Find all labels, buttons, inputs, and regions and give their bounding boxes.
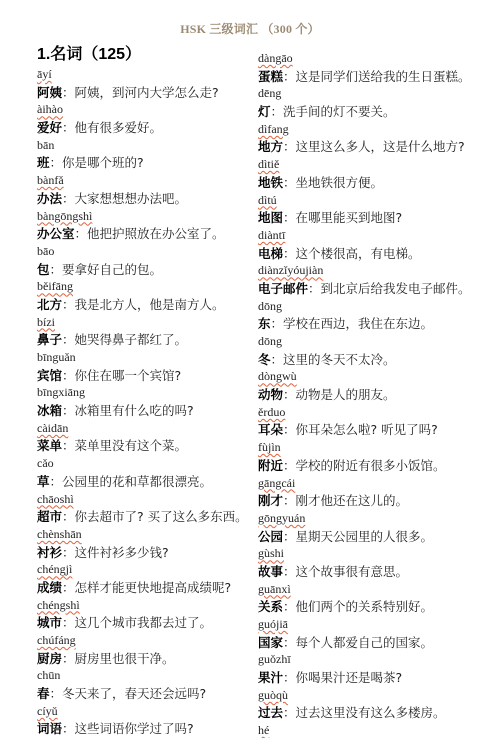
pinyin-text: bān bbox=[37, 137, 54, 155]
pinyin-text: dōng bbox=[258, 298, 282, 316]
pinyin-text: dōng bbox=[258, 333, 282, 351]
example-line: 北方：我是北方人，他是南方人。 bbox=[37, 296, 252, 314]
example-line: 春：冬天来了，春天还会远吗? bbox=[37, 685, 252, 703]
vocab-entry: gāngcái刚才：刚才他还在这儿的。 bbox=[258, 475, 498, 510]
pinyin: dìtiě bbox=[258, 156, 498, 174]
example-line: 蛋糕：这是同学们送给我的生日蛋糕。 bbox=[258, 68, 498, 86]
example-sentence: ：厨房里也很干净。 bbox=[62, 651, 175, 666]
pinyin: guānxì bbox=[258, 581, 498, 599]
vocab-entry: chāoshì超市：你去超市了? 买了这么多东西。 bbox=[37, 491, 252, 526]
vocab-word: 动物 bbox=[258, 387, 283, 402]
vocab-entry: bīngxiāng冰箱：冰箱里有什么吃的吗? bbox=[37, 384, 252, 419]
pinyin-text: bāo bbox=[37, 243, 54, 261]
example-line: 超市：你去超市了? 买了这么多东西。 bbox=[37, 508, 252, 526]
example-line: 果汁：你喝果汁还是喝茶? bbox=[258, 669, 498, 687]
example-sentence: ：星期天公园里的人很多。 bbox=[283, 529, 433, 544]
example-line: 故事：这个故事很有意思。 bbox=[258, 563, 498, 581]
example-sentence: ：在哪里能买到地图? bbox=[283, 210, 402, 225]
vocab-entry: cíyǔ词语：这些词语你学过了吗? bbox=[37, 703, 252, 738]
pinyin-text-spellcheck-flagged: diànzǐyóujiàn bbox=[258, 262, 323, 280]
example-line: 国家：每个人都爱自己的国家。 bbox=[258, 634, 498, 652]
pinyin: cíyǔ bbox=[37, 703, 252, 721]
vocab-entry: běifāng北方：我是北方人，他是南方人。 bbox=[37, 278, 252, 313]
vocab-word: 超市 bbox=[37, 509, 62, 524]
pinyin: chāoshì bbox=[37, 491, 252, 509]
vocab-entry: chéngshì城市：这几个城市我都去过了。 bbox=[37, 597, 252, 632]
example-sentence: ：过去这里没有这么多楼房。 bbox=[283, 705, 446, 720]
vocab-word: 地图 bbox=[258, 210, 283, 225]
pinyin-text-spellcheck-flagged: cíyǔ bbox=[37, 703, 58, 721]
example-sentence: ：冬天来了，春天还会远吗? bbox=[50, 686, 207, 701]
vocab-entry: càidān菜单：菜单里没有这个菜。 bbox=[37, 420, 252, 455]
vocab-word: 春 bbox=[37, 686, 50, 701]
pinyin-text-spellcheck-flagged: chúfáng bbox=[37, 632, 76, 650]
example-line: 刚才：刚才他还在这儿的。 bbox=[258, 492, 498, 510]
vocab-entry: guójiā国家：每个人都爱自己的国家。 bbox=[258, 616, 498, 651]
pinyin-text-spellcheck-flagged: fùjìn bbox=[258, 439, 281, 457]
vocab-entry: gùshi故事：这个故事很有意思。 bbox=[258, 545, 498, 580]
vocab-word: 电子邮件 bbox=[258, 281, 308, 296]
example-line: 班：你是哪个班的? bbox=[37, 154, 252, 172]
vocab-word: 冬 bbox=[258, 352, 271, 367]
example-line: 办法：大家想想想办法吧。 bbox=[37, 190, 252, 208]
pinyin-text-spellcheck-flagged: bàngōngshì bbox=[37, 208, 92, 226]
vocab-word: 城市 bbox=[37, 615, 62, 630]
example-line: 成绩：怎样才能更快地提高成绩呢? bbox=[37, 579, 252, 597]
example-sentence: ：大家想想想办法吧。 bbox=[62, 191, 187, 206]
vocab-entry: dàngāo蛋糕：这是同学们送给我的生日蛋糕。 bbox=[258, 50, 498, 85]
vocab-word: 成绩 bbox=[37, 580, 62, 595]
pinyin-text: dēng bbox=[258, 85, 281, 103]
vocab-entry: ěrduo耳朵：你耳朵怎么啦? 听见了吗? bbox=[258, 404, 498, 439]
example-line: 城市：这几个城市我都去过了。 bbox=[37, 614, 252, 632]
pinyin: āyí bbox=[37, 66, 252, 84]
vocab-word: 故事 bbox=[258, 564, 283, 579]
vocab-word: 办公室 bbox=[37, 226, 75, 241]
vocab-entry: chènshān衬衫：这件衬衫多少钱? bbox=[37, 526, 252, 561]
example-line: 爱好：他有很多爱好。 bbox=[37, 119, 252, 137]
vocab-entry: dìtú地图：在哪里能买到地图? bbox=[258, 192, 498, 227]
example-sentence: ：你喝果汁还是喝茶? bbox=[283, 670, 402, 685]
example-line: 冬：这里的冬天不太冷。 bbox=[258, 351, 498, 369]
pinyin-text-spellcheck-flagged: guòqù bbox=[258, 687, 288, 705]
document-header: HSK 三级词汇 （300 个） bbox=[0, 20, 500, 37]
vocab-word: 阿姨 bbox=[37, 85, 62, 100]
vocab-entry: dōng东：学校在西边，我住在东边。 bbox=[258, 298, 498, 333]
example-sentence: ：要拿好自己的包。 bbox=[50, 262, 163, 277]
pinyin: chéngshì bbox=[37, 597, 252, 615]
pinyin-text-spellcheck-flagged: dòngwù bbox=[258, 368, 297, 386]
example-line: 包：要拿好自己的包。 bbox=[37, 261, 252, 279]
example-sentence: ：动物是人的朋友。 bbox=[283, 387, 396, 402]
example-line: 地铁：坐地铁很方便。 bbox=[258, 174, 498, 192]
example-sentence: ：这件衬衫多少钱? bbox=[62, 545, 169, 560]
pinyin: gāngcái bbox=[258, 475, 498, 493]
pinyin-text: cǎo bbox=[37, 455, 54, 473]
vocab-word: 草 bbox=[37, 474, 50, 489]
example-sentence: ：他把护照放在办公室了。 bbox=[75, 226, 225, 241]
example-line: 宾馆：你住在哪一个宾馆? bbox=[37, 367, 252, 385]
pinyin-text-spellcheck-flagged: ěrduo bbox=[258, 404, 285, 422]
vocab-entry: dōng冬：这里的冬天不太冷。 bbox=[258, 333, 498, 368]
pinyin: chúfáng bbox=[37, 632, 252, 650]
pinyin: fùjìn bbox=[258, 439, 498, 457]
pinyin-text-spellcheck-flagged: bànfǎ bbox=[37, 172, 64, 190]
pinyin-text-spellcheck-flagged: hé bbox=[258, 722, 269, 738]
pinyin: diànzǐyóujiàn bbox=[258, 262, 498, 280]
vocab-entry: guǒzhī果汁：你喝果汁还是喝茶? bbox=[258, 651, 498, 686]
example-sentence: ：菜单里没有这个菜。 bbox=[62, 438, 187, 453]
vocab-word: 班 bbox=[37, 155, 50, 170]
example-line: 冰箱：冰箱里有什么吃的吗? bbox=[37, 402, 252, 420]
vocab-entry: dēng灯：洗手间的灯不要关。 bbox=[258, 85, 498, 120]
example-sentence: ：到北京后给我发电子邮件。 bbox=[308, 281, 471, 296]
pinyin-text: bīngxiāng bbox=[37, 384, 85, 402]
pinyin: dōng bbox=[258, 333, 498, 351]
example-line: 关系：他们两个的关系特别好。 bbox=[258, 598, 498, 616]
example-sentence: ：刚才他还在这儿的。 bbox=[283, 493, 408, 508]
pinyin-text: chūn bbox=[37, 667, 60, 685]
pinyin: hé bbox=[258, 722, 498, 738]
left-column: 1.名词（125） āyí阿姨：阿姨，到河内大学怎么走?àihào爱好：他有很多… bbox=[37, 44, 252, 738]
example-sentence: ：公园里的花和草都很漂亮。 bbox=[50, 474, 213, 489]
pinyin: guòqù bbox=[258, 687, 498, 705]
vocab-entry: chūn春：冬天来了，春天还会远吗? bbox=[37, 667, 252, 702]
example-sentence: ：坐地铁很方便。 bbox=[283, 175, 383, 190]
vocab-entry: dòngwù动物：动物是人的朋友。 bbox=[258, 368, 498, 403]
vocab-entry: chéngjì成绩：怎样才能更快地提高成绩呢? bbox=[37, 561, 252, 596]
vocab-entry: hé bbox=[258, 722, 498, 738]
vocab-word: 宾馆 bbox=[37, 368, 62, 383]
vocab-word: 过去 bbox=[258, 705, 283, 720]
example-sentence: ：你耳朵怎么啦? 听见了吗? bbox=[283, 422, 438, 437]
vocab-entry: bàngōngshì办公室：他把护照放在办公室了。 bbox=[37, 208, 252, 243]
vocab-entry: dìfang地方：这里这么多人，这是什么地方? bbox=[258, 121, 498, 156]
vocab-entry: cǎo草：公园里的花和草都很漂亮。 bbox=[37, 455, 252, 490]
pinyin-text: guǒzhī bbox=[258, 651, 291, 669]
example-sentence: ：这几个城市我都去过了。 bbox=[62, 615, 212, 630]
pinyin-text-spellcheck-flagged: chènshān bbox=[37, 526, 82, 544]
example-line: 鼻子：她哭得鼻子都红了。 bbox=[37, 331, 252, 349]
vocab-entry: guānxì关系：他们两个的关系特别好。 bbox=[258, 581, 498, 616]
pinyin: gùshi bbox=[258, 545, 498, 563]
vocab-entry: chúfáng厨房：厨房里也很干净。 bbox=[37, 632, 252, 667]
example-sentence: ：你是哪个班的? bbox=[50, 155, 144, 170]
example-line: 过去：过去这里没有这么多楼房。 bbox=[258, 704, 498, 722]
right-column: dàngāo蛋糕：这是同学们送给我的生日蛋糕。dēng灯：洗手间的灯不要关。dì… bbox=[258, 50, 498, 738]
vocab-entry: bān班：你是哪个班的? bbox=[37, 137, 252, 172]
pinyin-text-spellcheck-flagged: gōngyuán bbox=[258, 510, 305, 528]
pinyin-text-spellcheck-flagged: dìtiě bbox=[258, 156, 279, 174]
vocab-entry: bāo包：要拿好自己的包。 bbox=[37, 243, 252, 278]
example-sentence: ：我是北方人，他是南方人。 bbox=[62, 297, 225, 312]
vocab-word: 国家 bbox=[258, 635, 283, 650]
example-sentence: ：这个楼很高，有电梯。 bbox=[283, 246, 421, 261]
vocab-word: 北方 bbox=[37, 297, 62, 312]
vocab-entry: bízi鼻子：她哭得鼻子都红了。 bbox=[37, 314, 252, 349]
pinyin: dēng bbox=[258, 85, 498, 103]
pinyin-text-spellcheck-flagged: chéngjì bbox=[37, 561, 72, 579]
vocab-word: 包 bbox=[37, 262, 50, 277]
pinyin: bān bbox=[37, 137, 252, 155]
pinyin: chènshān bbox=[37, 526, 252, 544]
vocab-word: 电梯 bbox=[258, 246, 283, 261]
vocab-word: 爱好 bbox=[37, 120, 62, 135]
vocab-entry: àihào爱好：他有很多爱好。 bbox=[37, 101, 252, 136]
vocab-word: 耳朵 bbox=[258, 422, 283, 437]
pinyin-text-spellcheck-flagged: guójiā bbox=[258, 616, 288, 634]
vocab-word: 附近 bbox=[258, 458, 283, 473]
pinyin-text-spellcheck-flagged: gùshi bbox=[258, 545, 284, 563]
vocab-entry: bànfǎ办法：大家想想想办法吧。 bbox=[37, 172, 252, 207]
vocab-word: 鼻子 bbox=[37, 332, 62, 347]
vocab-list-left: āyí阿姨：阿姨，到河内大学怎么走?àihào爱好：他有很多爱好。bān班：你是… bbox=[37, 66, 252, 738]
example-sentence: ：你去超市了? 买了这么多东西。 bbox=[62, 509, 248, 524]
vocab-word: 公园 bbox=[258, 529, 283, 544]
pinyin: diàntī bbox=[258, 227, 498, 245]
example-line: 草：公园里的花和草都很漂亮。 bbox=[37, 473, 252, 491]
pinyin-text: bīnguǎn bbox=[37, 349, 76, 367]
example-sentence: ：这个故事很有意思。 bbox=[283, 564, 408, 579]
pinyin: dìtú bbox=[258, 192, 498, 210]
example-sentence: ：她哭得鼻子都红了。 bbox=[62, 332, 187, 347]
pinyin-text-spellcheck-flagged: bízi bbox=[37, 314, 55, 332]
pinyin-text-spellcheck-flagged: běifāng bbox=[37, 278, 73, 296]
vocab-word: 果汁 bbox=[258, 670, 283, 685]
vocab-word: 地铁 bbox=[258, 175, 283, 190]
example-line: 灯：洗手间的灯不要关。 bbox=[258, 103, 498, 121]
vocab-word: 东 bbox=[258, 316, 271, 331]
example-line: 办公室：他把护照放在办公室了。 bbox=[37, 225, 252, 243]
vocab-word: 办法 bbox=[37, 191, 62, 206]
pinyin-text-spellcheck-flagged: gāngcái bbox=[258, 475, 295, 493]
example-sentence: ：每个人都爱自己的国家。 bbox=[283, 635, 433, 650]
vocab-word: 菜单 bbox=[37, 438, 62, 453]
example-line: 附近：学校的附近有很多小饭馆。 bbox=[258, 457, 498, 475]
pinyin: dōng bbox=[258, 298, 498, 316]
pinyin: guójiā bbox=[258, 616, 498, 634]
example-line: 动物：动物是人的朋友。 bbox=[258, 386, 498, 404]
vocab-word: 冰箱 bbox=[37, 403, 62, 418]
example-line: 电梯：这个楼很高，有电梯。 bbox=[258, 245, 498, 263]
example-sentence: ：洗手间的灯不要关。 bbox=[271, 104, 396, 119]
example-line: 词语：这些词语你学过了吗? bbox=[37, 720, 252, 738]
example-sentence: ：这些词语你学过了吗? bbox=[62, 721, 194, 736]
pinyin: běifāng bbox=[37, 278, 252, 296]
pinyin-text-spellcheck-flagged: āyí bbox=[37, 66, 52, 84]
pinyin-text-spellcheck-flagged: càidān bbox=[37, 420, 68, 438]
example-sentence: ：阿姨，到河内大学怎么走? bbox=[62, 85, 219, 100]
pinyin: guǒzhī bbox=[258, 651, 498, 669]
pinyin: bīngxiāng bbox=[37, 384, 252, 402]
pinyin: bāo bbox=[37, 243, 252, 261]
example-sentence: ：怎样才能更快地提高成绩呢? bbox=[62, 580, 231, 595]
pinyin-text-spellcheck-flagged: chāoshì bbox=[37, 491, 74, 509]
example-sentence: ：学校在西边，我住在东边。 bbox=[271, 316, 434, 331]
pinyin: chéngjì bbox=[37, 561, 252, 579]
pinyin-text-spellcheck-flagged: àihào bbox=[37, 101, 63, 119]
vocab-word: 衬衫 bbox=[37, 545, 62, 560]
pinyin-text-spellcheck-flagged: dìfang bbox=[258, 121, 289, 139]
pinyin-text-spellcheck-flagged: dàngāo bbox=[258, 50, 293, 68]
pinyin-text-spellcheck-flagged: dìtú bbox=[258, 192, 277, 210]
example-sentence: ：学校的附近有很多小饭馆。 bbox=[283, 458, 446, 473]
example-line: 公园：星期天公园里的人很多。 bbox=[258, 528, 498, 546]
vocab-entry: gōngyuán公园：星期天公园里的人很多。 bbox=[258, 510, 498, 545]
vocab-word: 词语 bbox=[37, 721, 62, 736]
pinyin: dàngāo bbox=[258, 50, 498, 68]
pinyin-text-spellcheck-flagged: diàntī bbox=[258, 227, 285, 245]
pinyin: chūn bbox=[37, 667, 252, 685]
vocab-entry: guòqù过去：过去这里没有这么多楼房。 bbox=[258, 687, 498, 722]
vocab-word: 蛋糕 bbox=[258, 69, 283, 84]
example-line: 地方：这里这么多人，这是什么地方? bbox=[258, 138, 498, 156]
pinyin: càidān bbox=[37, 420, 252, 438]
pinyin: gōngyuán bbox=[258, 510, 498, 528]
pinyin: dìfang bbox=[258, 121, 498, 139]
example-sentence: ：冰箱里有什么吃的吗? bbox=[62, 403, 194, 418]
pinyin: bàngōngshì bbox=[37, 208, 252, 226]
pinyin-text-spellcheck-flagged: chéngshì bbox=[37, 597, 80, 615]
pinyin: bànfǎ bbox=[37, 172, 252, 190]
section-title: 1.名词（125） bbox=[37, 44, 252, 66]
example-line: 东：学校在西边，我住在东边。 bbox=[258, 315, 498, 333]
example-line: 阿姨：阿姨，到河内大学怎么走? bbox=[37, 84, 252, 102]
vocab-word: 关系 bbox=[258, 599, 283, 614]
pinyin: cǎo bbox=[37, 455, 252, 473]
pinyin: bīnguǎn bbox=[37, 349, 252, 367]
vocab-list-right: dàngāo蛋糕：这是同学们送给我的生日蛋糕。dēng灯：洗手间的灯不要关。dì… bbox=[258, 50, 498, 738]
pinyin: àihào bbox=[37, 101, 252, 119]
example-line: 电子邮件：到北京后给我发电子邮件。 bbox=[258, 280, 498, 298]
example-sentence: ：这里的冬天不太冷。 bbox=[271, 352, 396, 367]
example-sentence: ：他们两个的关系特别好。 bbox=[283, 599, 433, 614]
example-line: 地图：在哪里能买到地图? bbox=[258, 209, 498, 227]
example-sentence: ：这是同学们送给我的生日蛋糕。 bbox=[283, 69, 471, 84]
vocab-word: 刚才 bbox=[258, 493, 283, 508]
example-line: 耳朵：你耳朵怎么啦? 听见了吗? bbox=[258, 421, 498, 439]
example-sentence: ：他有很多爱好。 bbox=[62, 120, 162, 135]
pinyin: bízi bbox=[37, 314, 252, 332]
vocab-entry: dìtiě地铁：坐地铁很方便。 bbox=[258, 156, 498, 191]
vocab-word: 灯 bbox=[258, 104, 271, 119]
pinyin: ěrduo bbox=[258, 404, 498, 422]
vocab-word: 厨房 bbox=[37, 651, 62, 666]
pinyin: dòngwù bbox=[258, 368, 498, 386]
vocab-entry: bīnguǎn宾馆：你住在哪一个宾馆? bbox=[37, 349, 252, 384]
vocab-entry: diànzǐyóujiàn电子邮件：到北京后给我发电子邮件。 bbox=[258, 262, 498, 297]
example-line: 衬衫：这件衬衫多少钱? bbox=[37, 544, 252, 562]
vocab-entry: diàntī电梯：这个楼很高，有电梯。 bbox=[258, 227, 498, 262]
example-sentence: ：你住在哪一个宾馆? bbox=[62, 368, 181, 383]
vocab-entry: āyí阿姨：阿姨，到河内大学怎么走? bbox=[37, 66, 252, 101]
pinyin-text-spellcheck-flagged: guānxì bbox=[258, 581, 291, 599]
vocab-word: 地方 bbox=[258, 139, 283, 154]
example-line: 厨房：厨房里也很干净。 bbox=[37, 650, 252, 668]
example-line: 菜单：菜单里没有这个菜。 bbox=[37, 437, 252, 455]
vocab-entry: fùjìn附近：学校的附近有很多小饭馆。 bbox=[258, 439, 498, 474]
example-sentence: ：这里这么多人，这是什么地方? bbox=[283, 139, 465, 154]
